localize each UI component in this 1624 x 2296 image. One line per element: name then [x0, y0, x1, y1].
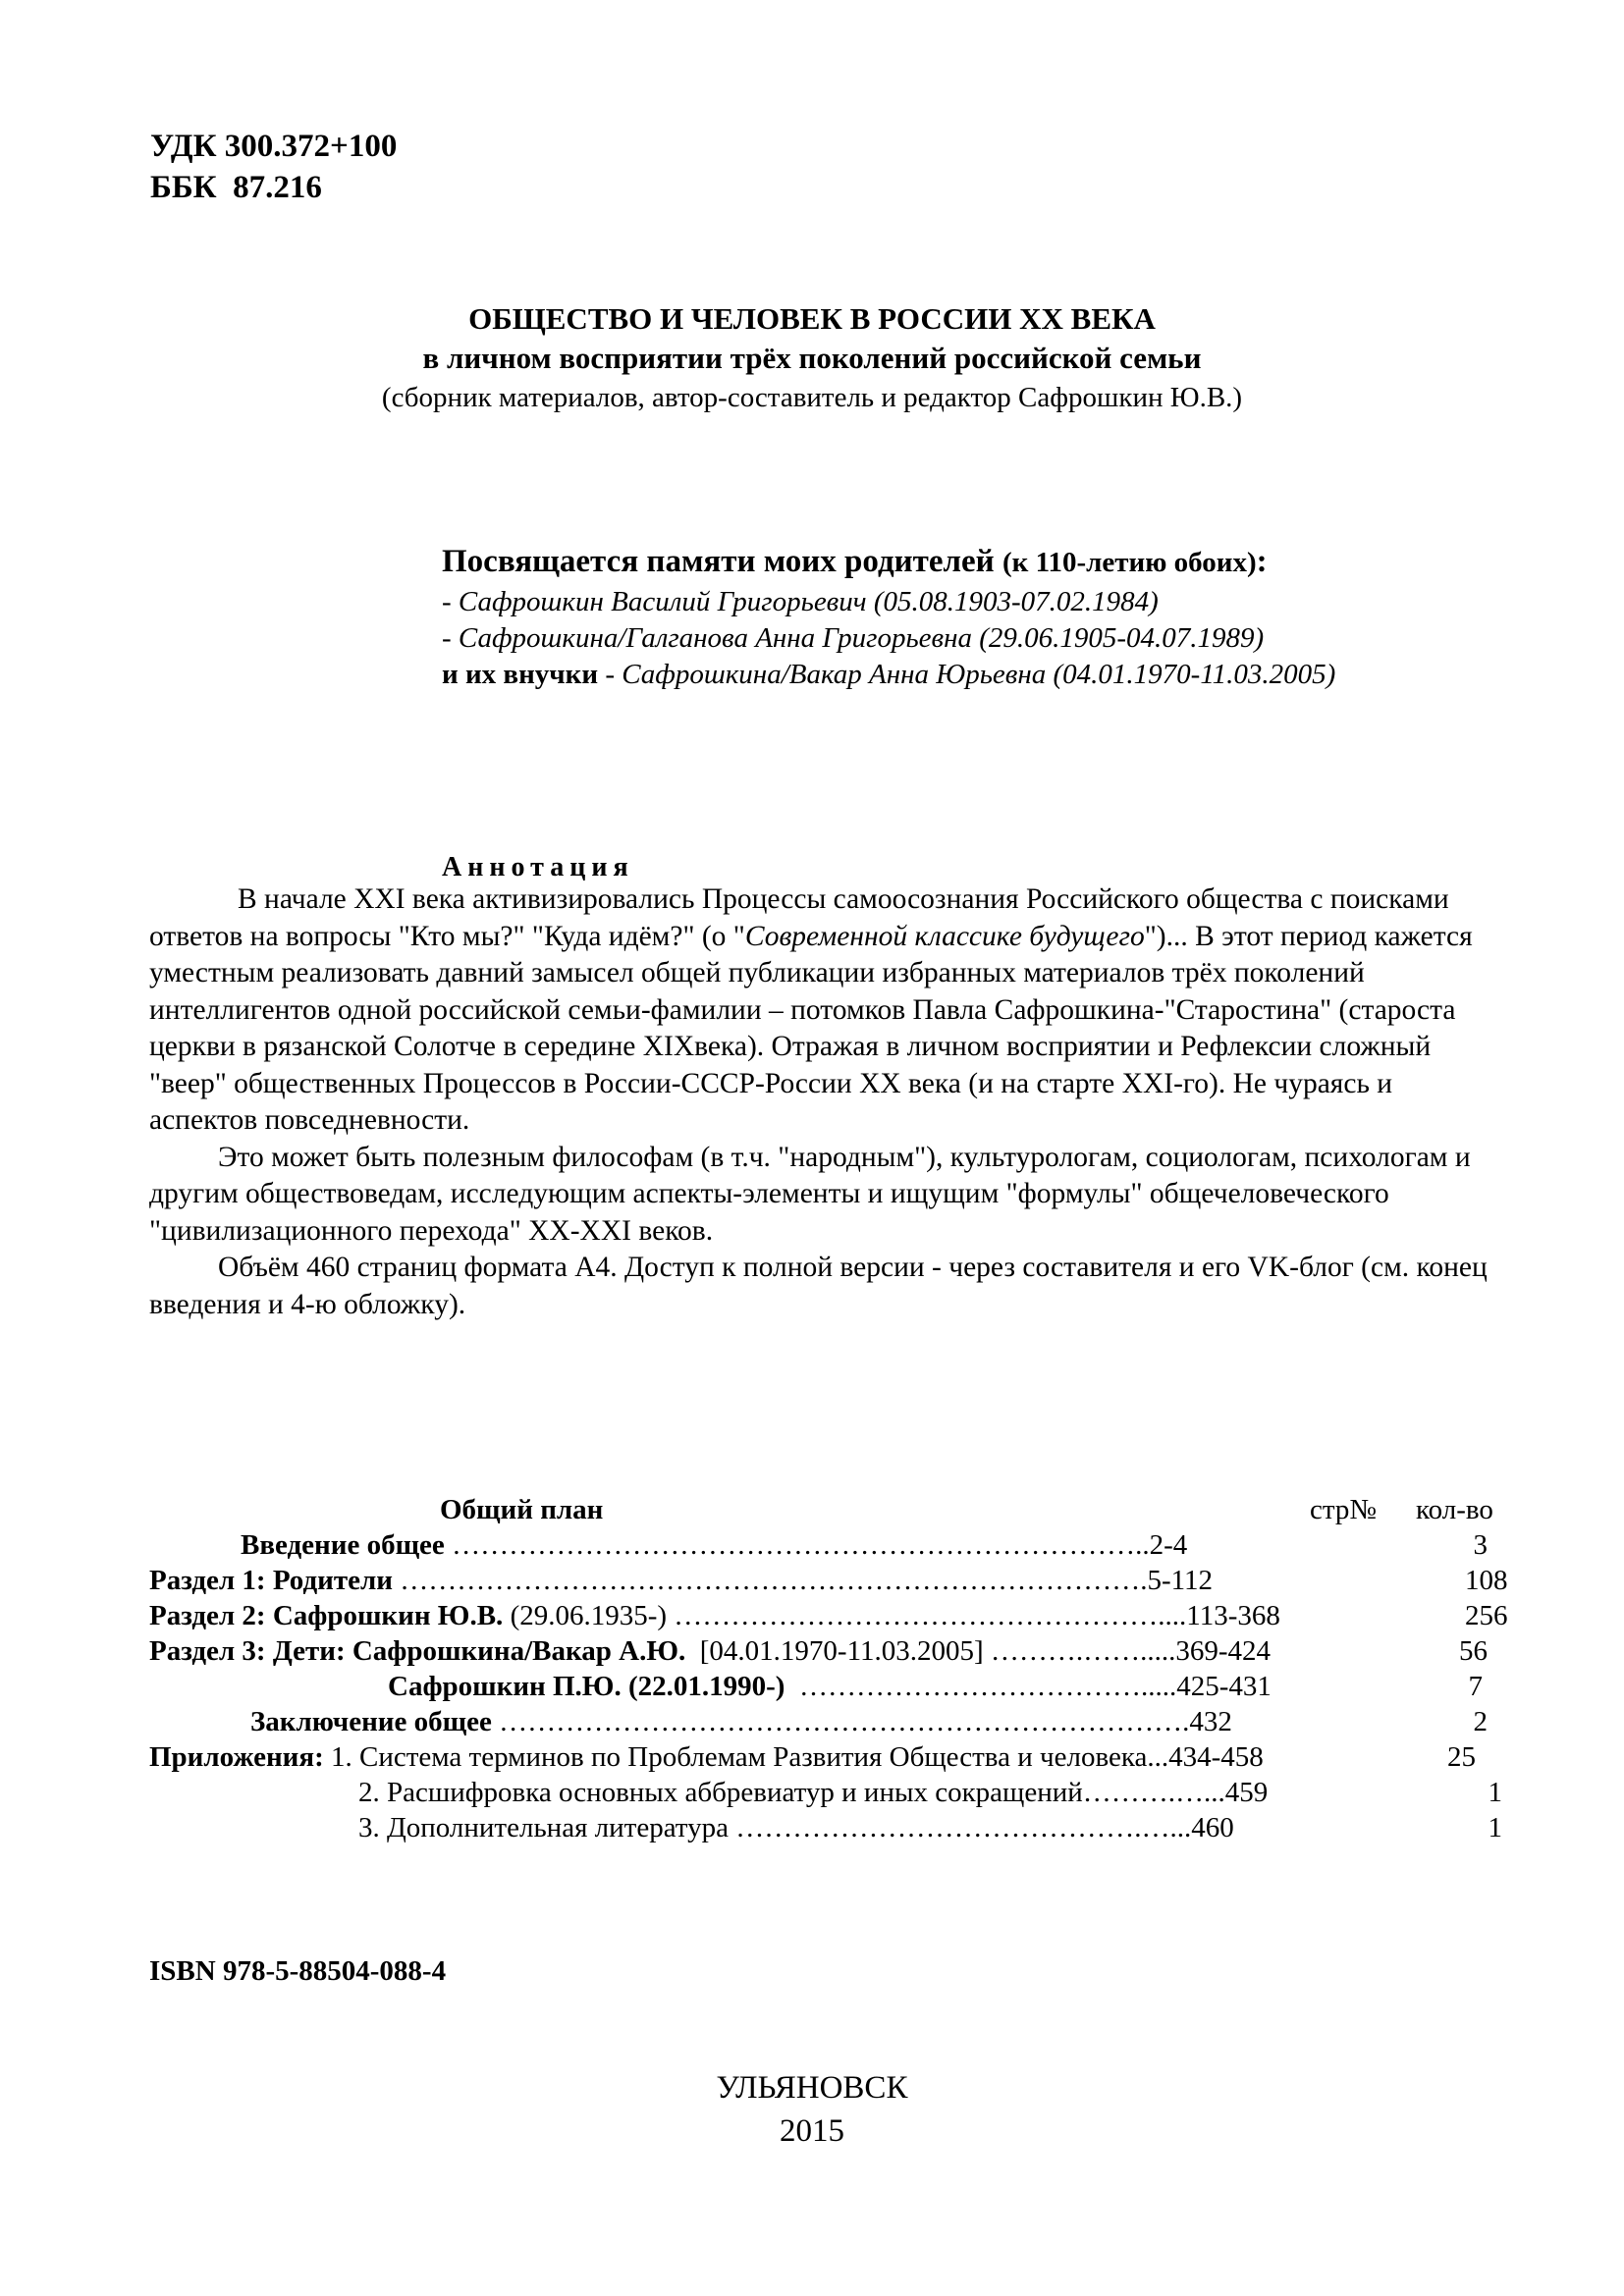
- plan-row-label: Сафрошкин П.Ю. (22.01.1990-): [388, 1671, 785, 1702]
- dedication: Посвящается памяти моих родителей (к 110…: [442, 540, 1335, 693]
- dedication-line: и их внучки - Сафрошкина/Вакар Анна Юрье…: [442, 657, 1335, 693]
- annotation-text: ")... В этот период кажется уместным реа…: [149, 921, 1473, 1137]
- book-note: (сборник материалов, автор-составитель и…: [0, 378, 1624, 417]
- plan-row: Приложения: 1. Система терминов по Пробл…: [149, 1739, 1264, 1775]
- dedication-heading-end: :: [1257, 544, 1268, 579]
- isbn: ISBN 978-5-88504-088-4: [149, 1955, 446, 1988]
- plan-row-label: Заключение общее: [250, 1706, 492, 1737]
- plan-row-count: 256: [1465, 1598, 1504, 1633]
- plan-row: Раздел 3: Дети: Сафрошкина/Вакар А.Ю. [0…: [149, 1633, 1271, 1669]
- plan-row: 3. Дополнительная литература ………………………………: [358, 1810, 1234, 1845]
- dedication-text: - Сафрошкина/Вакар Анна Юрьевна (04.01.1…: [598, 659, 1335, 690]
- classification-codes: УДК 300.372+100 ББК 87.216: [150, 126, 397, 208]
- plan-row-detail: 1. Система терминов по Проблемам Развити…: [324, 1741, 1264, 1773]
- plan-row-detail: …………………………………………………………………….5-112: [393, 1565, 1213, 1596]
- plan-row-detail: [04.01.1970-11.03.2005] ……….…….....369-4…: [685, 1635, 1271, 1667]
- annotation-italic: Современной классике будущего: [745, 921, 1145, 952]
- annotation-body: В начале XXI века активизировались Проце…: [149, 881, 1504, 1323]
- plan-row-detail: (29.06.1935-) ……………………………………………....113-3…: [503, 1600, 1280, 1631]
- dedication-heading-main: Посвящается памяти моих родителей: [442, 544, 1002, 579]
- plan-row: Раздел 1: Родители …………………………………………………………: [149, 1563, 1213, 1598]
- plan-row-detail: 2. Расшифровка основных аббревиатур и ин…: [358, 1777, 1268, 1808]
- city: УЛЬЯНОВСК: [0, 2066, 1624, 2109]
- plan-row-detail: ……………………………………………………………….432: [492, 1706, 1232, 1737]
- book-title: ОБЩЕСТВО И ЧЕЛОВЕК В РОССИИ XX ВЕКА: [0, 299, 1624, 339]
- plan-col-pages: стр№: [1310, 1492, 1377, 1527]
- year: 2015: [0, 2109, 1624, 2153]
- dedication-heading-paren: (к 110-летию обоих): [1002, 547, 1257, 578]
- plan-row-count: 2: [1448, 1704, 1488, 1739]
- plan-row: 2. Расшифровка основных аббревиатур и ин…: [358, 1775, 1268, 1810]
- plan-row-detail: ………………………………………………………………..2-4: [445, 1529, 1187, 1561]
- plan-row-detail: 3. Дополнительная литература ………………………………: [358, 1812, 1234, 1843]
- title-block: ОБЩЕСТВО И ЧЕЛОВЕК В РОССИИ XX ВЕКА в ли…: [0, 299, 1624, 417]
- bbk-code: ББК 87.216: [150, 167, 397, 208]
- plan-row-count: 3: [1448, 1527, 1488, 1563]
- plan-row-count: 25: [1436, 1739, 1476, 1775]
- dedication-heading: Посвящается памяти моих родителей (к 110…: [442, 540, 1335, 584]
- plan-row-label: Введение общее: [241, 1529, 445, 1561]
- udk-code: УДК 300.372+100: [150, 126, 397, 167]
- plan-row: Сафрошкин П.Ю. (22.01.1990-) ………………………………: [388, 1669, 1272, 1704]
- plan-row-label: Приложения:: [149, 1741, 324, 1773]
- plan-row-label: Раздел 3: Дети: Сафрошкина/Вакар А.Ю.: [149, 1635, 685, 1667]
- plan-row-count: 1: [1463, 1810, 1502, 1845]
- book-subtitle: в личном восприятии трёх поколений росси…: [0, 339, 1624, 378]
- annotation-paragraph: Объём 460 страниц формата А4. Доступ к п…: [149, 1250, 1504, 1323]
- plan-col-count: кол-во: [1416, 1492, 1493, 1527]
- dedication-line: - Сафрошкина/Галганова Анна Григорьевна …: [442, 620, 1335, 657]
- dedication-prefix: и их внучки: [442, 659, 598, 690]
- plan-row-count: 1: [1463, 1775, 1502, 1810]
- plan-title: Общий план: [440, 1492, 603, 1527]
- plan-row-count: 108: [1465, 1563, 1504, 1598]
- annotation-title: Аннотация: [442, 852, 634, 883]
- dedication-line: - Сафрошкин Василий Григорьевич (05.08.1…: [442, 584, 1335, 620]
- plan-row: Введение общее ……………………………………………………………….…: [241, 1527, 1187, 1563]
- imprint: УЛЬЯНОВСК 2015: [0, 2066, 1624, 2153]
- plan-row-label: Раздел 1: Родители: [149, 1565, 393, 1596]
- plan-row: Раздел 2: Сафрошкин Ю.В. (29.06.1935-) ……: [149, 1598, 1280, 1633]
- annotation-paragraph: В начале XXI века активизировались Проце…: [149, 881, 1504, 1140]
- plan-row-detail: ……………………………….....425-431: [785, 1671, 1271, 1702]
- annotation-paragraph: Это может быть полезным философам (в т.ч…: [149, 1140, 1504, 1251]
- plan-row-count: 7: [1443, 1669, 1483, 1704]
- plan-row-count: 56: [1448, 1633, 1488, 1669]
- plan-row-label: Раздел 2: Сафрошкин Ю.В.: [149, 1600, 503, 1631]
- plan-row: Заключение общее ………………………………………………………………: [250, 1704, 1232, 1739]
